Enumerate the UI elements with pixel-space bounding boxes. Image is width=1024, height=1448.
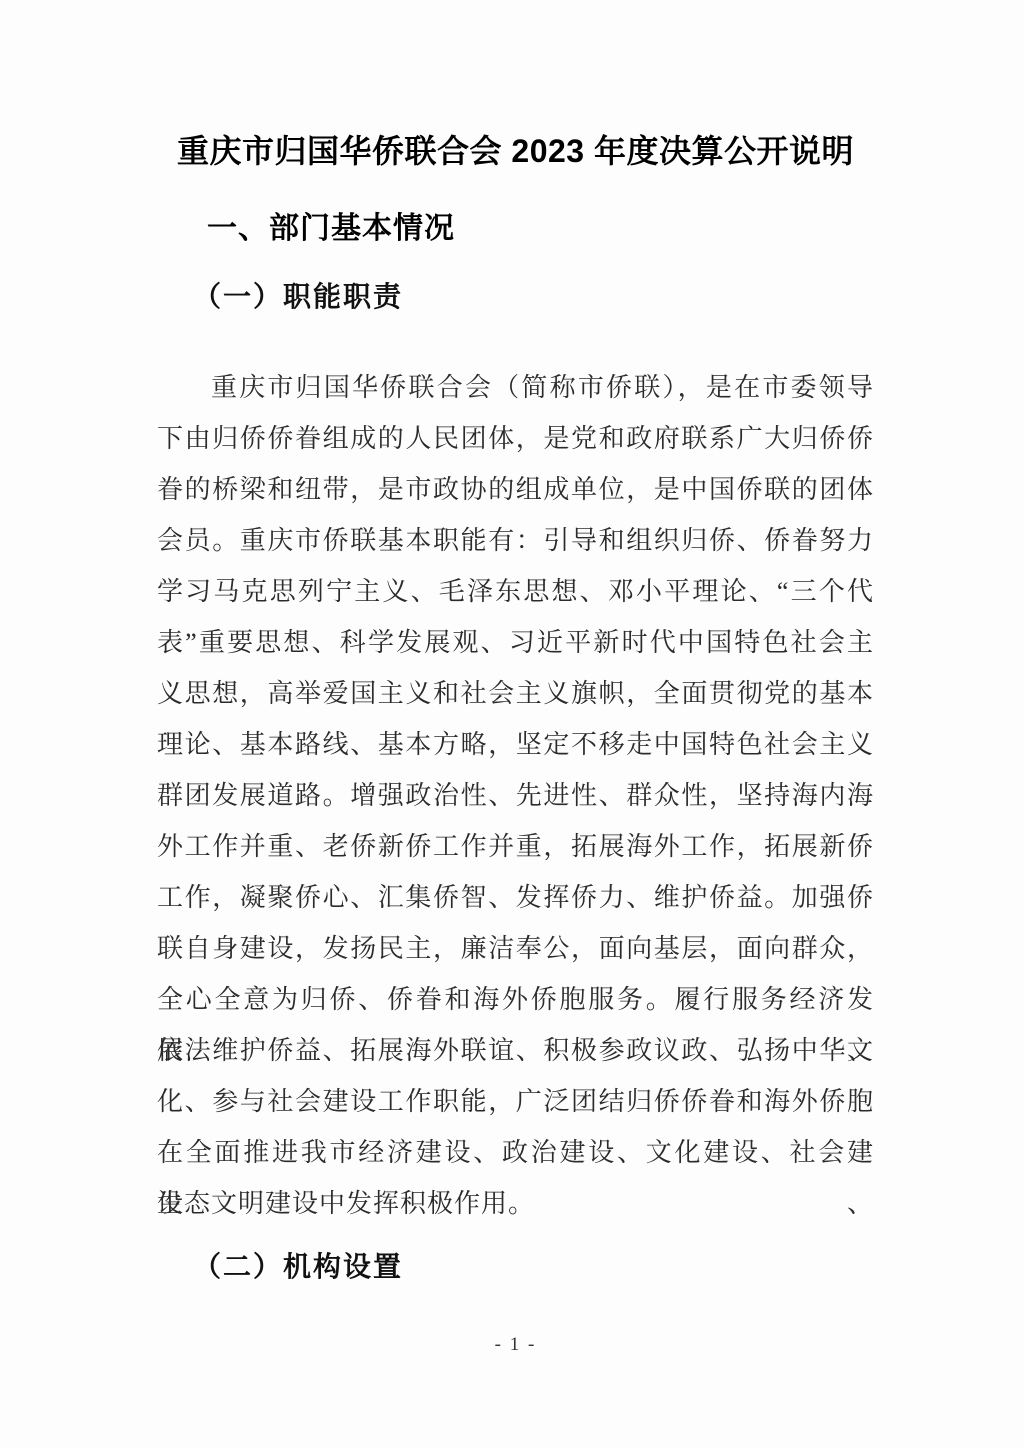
body-line: 重庆市归国华侨联合会（简称市侨联），是在市委领导 <box>157 362 874 413</box>
body-line: 全心全意为归侨、侨眷和海外侨胞服务。履行服务经济发展、 <box>157 974 874 1025</box>
body-line: 会员。重庆市侨联基本职能有：引导和组织归侨、侨眷努力 <box>157 515 874 566</box>
body-line: 化、参与社会建设工作职能，广泛团结归侨侨眷和海外侨胞 <box>157 1076 874 1127</box>
subsection-heading-functions: （一）职能职责 <box>157 280 874 316</box>
body-line: 学习马克思列宁主义、毛泽东思想、邓小平理论、“三个代 <box>157 566 874 617</box>
subsection-heading-organization: （二）机构设置 <box>157 1250 874 1286</box>
document-page: 重庆市归国华侨联合会 2023 年度决算公开说明 一、部门基本情况 （一）职能职… <box>0 0 1024 1448</box>
body-line: 依法维护侨益、拓展海外联谊、积极参政议政、弘扬中华文 <box>157 1025 874 1076</box>
body-line: 下由归侨侨眷组成的人民团体，是党和政府联系广大归侨侨 <box>157 413 874 464</box>
body-line: 联自身建设，发扬民主，廉洁奉公，面向基层，面向群众， <box>157 923 874 974</box>
body-line: 表”重要思想、科学发展观、习近平新时代中国特色社会主 <box>157 617 874 668</box>
body-line: 工作，凝聚侨心、汇集侨智、发挥侨力、维护侨益。加强侨 <box>157 872 874 923</box>
body-line: 群团发展道路。增强政治性、先进性、群众性，坚持海内海 <box>157 770 874 821</box>
body-line: 眷的桥梁和纽带，是市政协的组成单位，是中国侨联的团体 <box>157 464 874 515</box>
section-heading-basic-info: 一、部门基本情况 <box>157 211 874 247</box>
body-line: 理论、基本路线、基本方略，坚定不移走中国特色社会主义 <box>157 719 874 770</box>
document-title: 重庆市归国华侨联合会 2023 年度决算公开说明 <box>157 128 874 174</box>
body-line: 外工作并重、老侨新侨工作并重，拓展海外工作，拓展新侨 <box>157 821 874 872</box>
body-paragraph: 重庆市归国华侨联合会（简称市侨联），是在市委领导 下由归侨侨眷组成的人民团体，是… <box>157 362 874 1229</box>
body-line: 在全面推进我市经济建设、政治建设、文化建设、社会建设、 <box>157 1127 874 1178</box>
page-number: - 1 - <box>157 1333 874 1357</box>
body-line: 义思想，高举爱国主义和社会主义旗帜，全面贯彻党的基本 <box>157 668 874 719</box>
